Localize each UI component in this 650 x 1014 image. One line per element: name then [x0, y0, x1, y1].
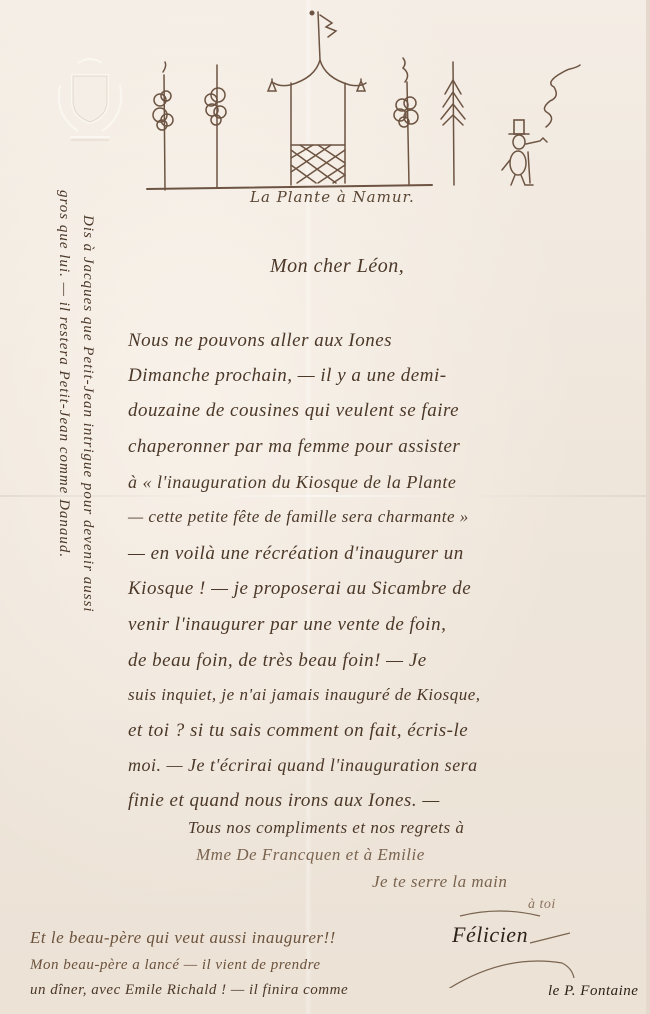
letter-page: La Plante à Namur. Dis à Jacques que Pet…: [0, 0, 650, 1014]
paper-fold-crease: [0, 495, 646, 497]
sketch-caption: La Plante à Namur.: [250, 188, 500, 206]
kiosk-sketch: [0, 0, 650, 210]
letter-body-line: — cette petite fête de famille sera char…: [128, 507, 469, 527]
letter-body-line: moi. — Je t'écrirai quand l'inauguration…: [128, 755, 478, 776]
postscript-signature: le P. Fontaine: [548, 983, 638, 1000]
letter-body-line: chaperonner par ma femme pour assister: [128, 436, 460, 458]
letter-salutation: Mon cher Léon,: [270, 255, 404, 278]
letter-body-line: suis inquiet, je n'ai jamais inauguré de…: [128, 685, 481, 705]
postscript-line: un dîner, avec Emile Richald ! — il fini…: [30, 982, 348, 999]
letter-body-line: à « l'inauguration du Kiosque de la Plan…: [128, 472, 456, 493]
postscript-line: Mon beau-père a lancé — il vient de pren…: [30, 957, 321, 974]
letter-body-line: douzaine de cousines qui veulent se fair…: [128, 400, 459, 422]
letter-body-line: finie et quand nous irons aux Iones. —: [128, 790, 440, 812]
letter-body-line: de beau foin, de très beau foin! — Je: [128, 650, 427, 672]
letter-body-line: et toi ? si tu sais comment on fait, écr…: [128, 720, 468, 742]
letter-closing-line: Tous nos compliments et nos regrets à: [188, 818, 464, 838]
letter-closing-line: Je te serre la main: [372, 872, 507, 892]
margin-note-line-1: Dis à Jacques que Petit-Jean intrigue po…: [79, 215, 96, 613]
letter-body-line: Dimanche prochain, — il y a une demi-: [128, 365, 447, 387]
letter-body-line: — en voilà une récréation d'inaugurer un: [128, 543, 464, 565]
letter-body-line: Kiosque ! — je proposerai au Sicambre de: [128, 578, 471, 600]
letter-body-line: venir l'inaugurer par une vente de foin,: [128, 614, 446, 636]
postscript-line: Et le beau-père qui veut aussi inaugurer…: [30, 928, 336, 948]
letter-closing-line: Mme De Francquen et à Emilie: [196, 845, 425, 865]
signature-flourish-icon: [430, 908, 590, 988]
margin-note-line-2: gros que lui. — il restera Petit-Jean co…: [55, 190, 72, 558]
letter-body-line: Nous ne pouvons aller aux Iones: [128, 330, 392, 352]
